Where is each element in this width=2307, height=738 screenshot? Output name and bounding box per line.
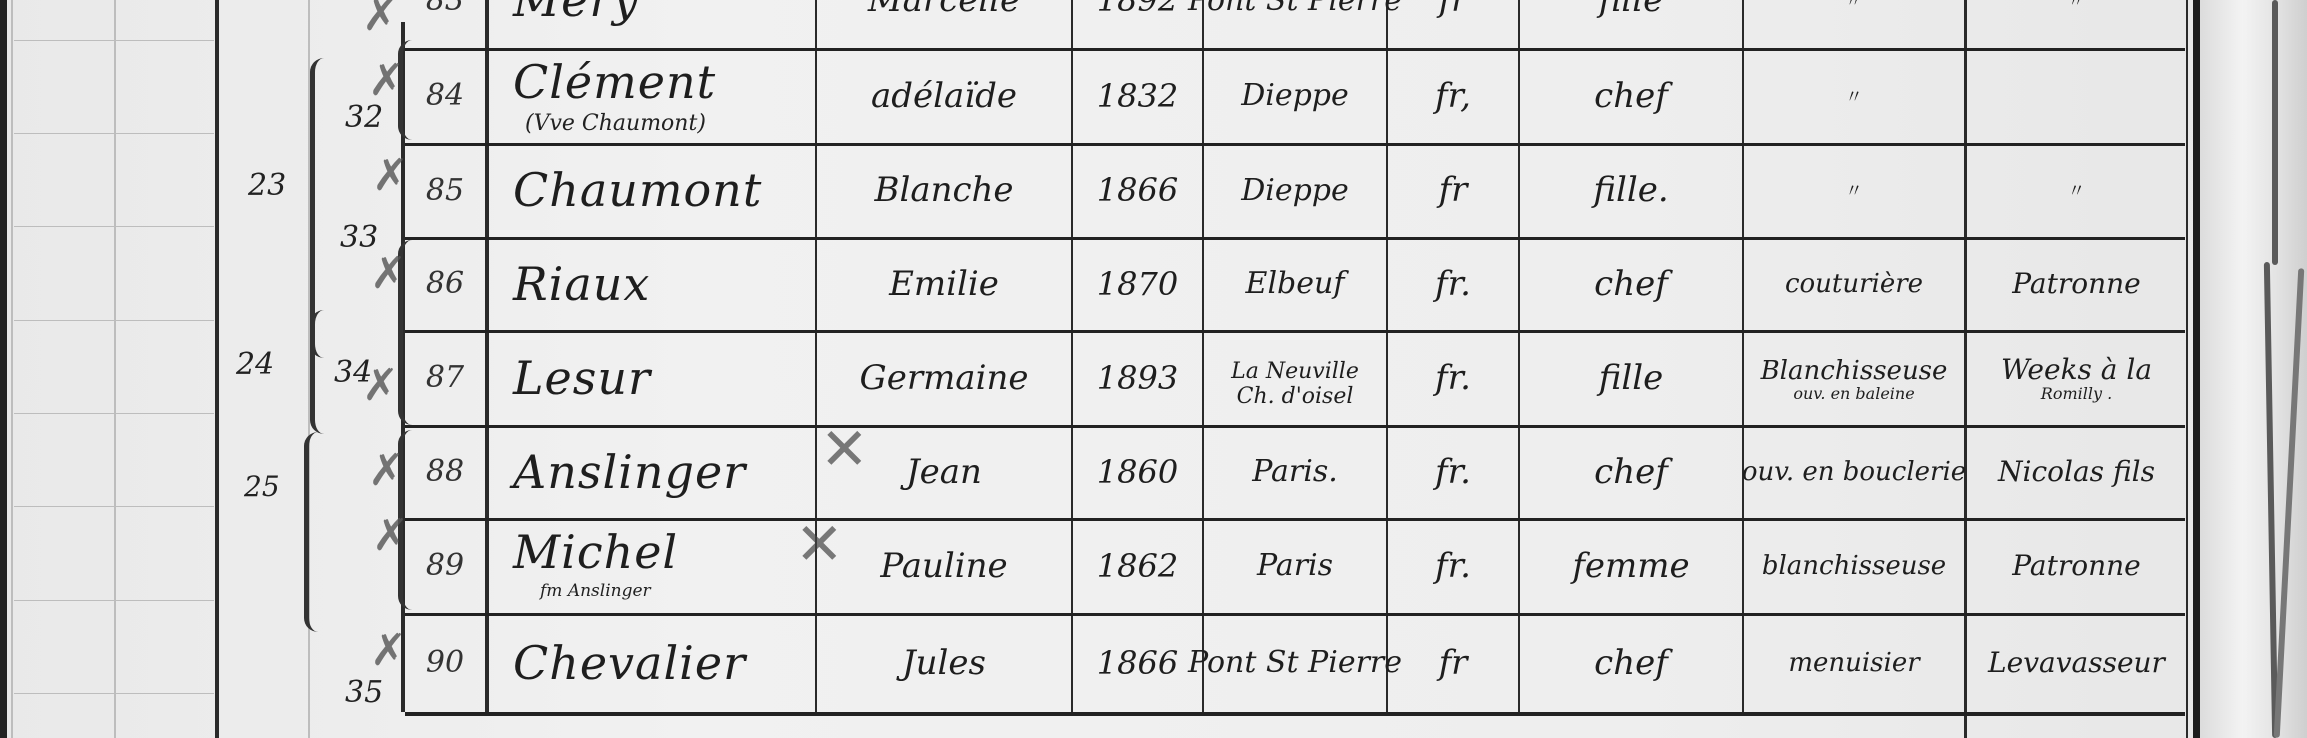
first-name-cell: Jules — [817, 613, 1071, 712]
row-number: 89 — [405, 518, 485, 613]
register-page: 23 24 25 32 33 34 35 ✗ ✗ ✗ ✗ ✗ ✗ ✗ ✗ 83M… — [0, 0, 2307, 738]
first-name-cell: Pauline — [817, 518, 1071, 613]
profession-cell: blanchisseuse — [1744, 518, 1964, 613]
family-number: 35 — [345, 675, 383, 710]
profession-cell: menuisier — [1744, 613, 1964, 712]
nationality-cell: fr. — [1388, 425, 1518, 518]
nationality-cell: fr — [1388, 143, 1518, 237]
nationality-cell: fr, — [1388, 48, 1518, 143]
employer-cell: Patronne — [1967, 518, 2186, 613]
surname-note: (Vve Chaumont) — [525, 111, 706, 136]
first-name-cell: Germaine — [817, 330, 1071, 425]
surname-cell: Anslinger — [489, 425, 839, 518]
employer-cell — [1967, 48, 2186, 143]
nationality-cell: fr. — [1388, 518, 1518, 613]
row-number: 88 — [405, 425, 485, 518]
birth-year-cell: 1860 — [1073, 425, 1202, 518]
birthplace-cell: Paris — [1204, 518, 1386, 613]
household-number: 24 — [236, 347, 274, 382]
first-name-cell: Blanche — [817, 143, 1071, 237]
employer-cell: Patronne — [1967, 237, 2186, 330]
birth-year-cell: 1870 — [1073, 237, 1202, 330]
birthplace-cell: Dieppe — [1204, 143, 1386, 237]
birthplace-cell: Paris. — [1204, 425, 1386, 518]
check-x-icon: ✗ — [362, 0, 399, 41]
birth-year-cell: 1862 — [1073, 518, 1202, 613]
nationality-cell: fr — [1388, 613, 1518, 712]
profession-cell: 〃 — [1744, 48, 1964, 143]
right-border — [2193, 0, 2200, 738]
nationality-cell: fr — [1388, 0, 1518, 48]
surname-cell: Lesur — [489, 330, 839, 425]
row-number: 86 — [405, 237, 485, 330]
profession-cell: couturière — [1744, 237, 1964, 330]
pencil-cross-icon: ✕ — [820, 415, 869, 483]
employer-cell: Nicolas fils — [1967, 425, 2186, 518]
check-x-icon: ✗ — [368, 55, 405, 106]
relation-cell: chef — [1520, 237, 1742, 330]
margin-rule — [11, 0, 13, 738]
surname-note: fm Anslinger — [540, 581, 651, 601]
binding-edge — [2200, 0, 2307, 738]
birthplace-cell: Elbeuf — [1204, 237, 1386, 330]
surname-cell: Michel — [489, 518, 839, 585]
surname-cell: Chevalier — [489, 613, 839, 712]
row-number: 83 — [405, 0, 485, 48]
surname-cell: Clément — [489, 48, 839, 115]
check-x-icon: ✗ — [370, 248, 407, 299]
column-rule-1 — [114, 0, 116, 738]
birth-year-cell: 1832 — [1073, 48, 1202, 143]
birth-year-cell: 1866 — [1073, 613, 1202, 712]
nationality-cell: fr. — [1388, 330, 1518, 425]
employer-cell: 〃 — [1967, 143, 2186, 237]
check-x-icon: ✗ — [362, 360, 399, 411]
profession-cell: ouv. en bouclerie — [1744, 425, 1964, 518]
binding-thread — [2264, 262, 2278, 738]
binding-thread — [2272, 0, 2278, 265]
relation-cell: chef — [1520, 425, 1742, 518]
first-name-cell: adélaïde — [817, 48, 1071, 143]
birthplace-line2: Ch. d'oisel — [1204, 384, 1386, 424]
employer-cell: Levavasseur — [1967, 613, 2186, 712]
relation-cell: chef — [1520, 613, 1742, 712]
check-x-icon: ✗ — [372, 150, 409, 201]
household-number: 25 — [244, 470, 280, 503]
check-x-icon: ✗ — [370, 625, 407, 676]
relation-cell: fille — [1520, 330, 1742, 425]
page-left-edge — [0, 0, 7, 738]
check-x-icon: ✗ — [368, 445, 405, 496]
birthplace-cell: Dieppe — [1204, 48, 1386, 143]
relation-cell: fille — [1520, 0, 1742, 48]
profession-cell: 〃 — [1744, 0, 1964, 48]
birth-year-cell: 1866 — [1073, 143, 1202, 237]
right-thin-rule — [2186, 0, 2188, 738]
row-number: 90 — [405, 613, 485, 712]
profession-cell: 〃 — [1744, 143, 1964, 237]
relation-cell: chef — [1520, 48, 1742, 143]
first-name-cell: Emilie — [817, 237, 1071, 330]
employer-cell: Weeks à la — [1967, 330, 2186, 386]
profession-line2: ouv. en baleine — [1744, 384, 1964, 424]
birthplace-cell: La Neuville — [1204, 330, 1386, 384]
nationality-cell: fr. — [1388, 237, 1518, 330]
row-number: 85 — [405, 143, 485, 237]
birth-year-cell: 1893 — [1073, 330, 1202, 425]
column-rule-2 — [215, 0, 219, 738]
row-number: 87 — [405, 330, 485, 425]
relation-cell: fille. — [1520, 143, 1742, 237]
check-x-icon: ✗ — [372, 510, 409, 561]
relation-cell: femme — [1520, 518, 1742, 613]
row-number: 84 — [405, 48, 485, 143]
surname-cell: Riaux — [489, 237, 839, 330]
birthplace-cell: Pont St Pierre — [1204, 613, 1386, 712]
surname-cell: Chaumont — [489, 143, 839, 237]
pencil-cross-icon: ✕ — [795, 510, 844, 578]
employer-cell: 〃 — [1967, 0, 2186, 48]
profession-cell: Blanchisseuse — [1744, 330, 1964, 386]
birthplace-cell: Pont St Pierre — [1204, 0, 1386, 48]
family-brace — [310, 310, 329, 434]
binding-thread — [2274, 268, 2305, 738]
household-brace — [304, 432, 323, 632]
birth-year-cell: 1892 — [1073, 0, 1202, 48]
employer-line2: Romilly . — [1967, 384, 2186, 424]
household-number: 23 — [248, 168, 286, 203]
first-name-cell: Marcelle — [817, 0, 1071, 48]
surname-cell: Méry — [489, 0, 839, 48]
